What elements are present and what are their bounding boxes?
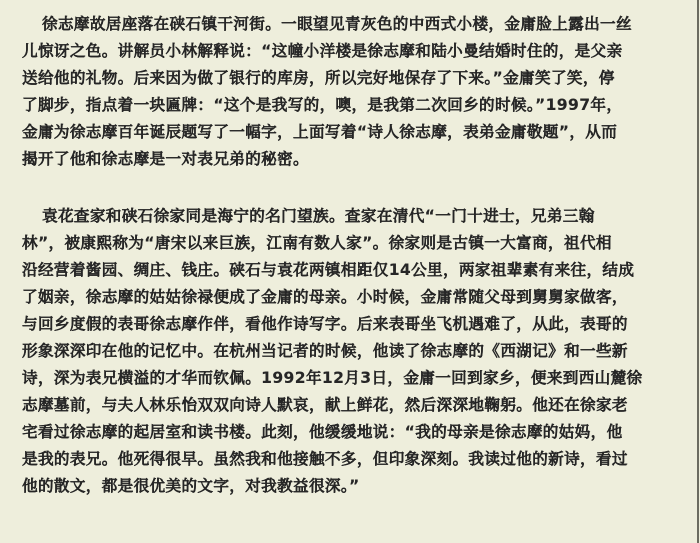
text-line: 林”，被康熙称为“唐宋以来巨族，江南有数人家”。徐家则是古镇一大富商，祖代相	[22, 230, 612, 257]
text-line: 揭开了他和徐志摩是一对表兄弟的秘密。	[22, 146, 309, 173]
text-line: 徐志摩故居座落在硖石镇干河街。一眼望见青灰色的中西式小楼，金庸脸上露出一丝	[42, 11, 632, 38]
text-line: 了脚步，指点着一块匾牌：“这个是我写的，噢，是我第二次回乡的时候。”1997年，	[22, 92, 622, 119]
text-line: 宅看过徐志摩的起居室和读书楼。此刻，他缓缓地说：“我的母亲是徐志摩的姑妈，他	[22, 419, 623, 446]
text-line: 诗，深为表兄横溢的才华而钦佩。1992年12月3日，金庸一回到家乡，便来到西山麓…	[22, 365, 643, 392]
text-line: 志摩墓前，与夫人林乐怡双双向诗人默哀，献上鲜花，然后深深地鞠躬。他还在徐家老	[22, 392, 628, 419]
text-line: 了姻亲，徐志摩的姑姑徐禄便成了金庸的母亲。小时候，金庸常随父母到舅舅家做客，	[22, 284, 628, 311]
text-line: 形象深深印在他的记忆中。在杭州当记者的时候，他读了徐志摩的《西湖记》和一些新	[22, 338, 628, 365]
text-line: 袁花查家和硖石徐家同是海宁的名门望族。查家在清代“一门十进士，兄弟三翰	[42, 203, 595, 230]
text-line: 沿经营着酱园、绸庄、钱庄。硖石与袁花两镇相距仅14公里，两家祖辈素有来往，结成	[22, 257, 634, 284]
text-line: 他的散文，都是很优美的文字，对我教益很深。”	[22, 473, 360, 500]
text-line: 与回乡度假的表哥徐志摩作伴，看他作诗写字。后来表哥坐飞机遇难了，从此，表哥的	[22, 311, 628, 338]
text-line: 送给他的礼物。后来因为做了银行的库房，所以完好地保存了下来。”金庸笑了笑，停	[22, 65, 615, 92]
text-line: 金庸为徐志摩百年诞辰题写了一幅字，上面写着“诗人徐志摩，表弟金庸敬题”，从而	[22, 119, 617, 146]
document-page: 徐志摩故居座落在硖石镇干河街。一眼望见青灰色的中西式小楼，金庸脸上露出一丝 儿惊…	[0, 0, 699, 543]
text-line: 儿惊讶之色。讲解员小林解释说：“这幢小洋楼是徐志摩和陆小曼结婚时住的，是父亲	[22, 38, 623, 65]
text-line: 是我的表兄。他死得很早。虽然我和他接触不多，但印象深刻。我读过他的新诗，看过	[22, 446, 628, 473]
